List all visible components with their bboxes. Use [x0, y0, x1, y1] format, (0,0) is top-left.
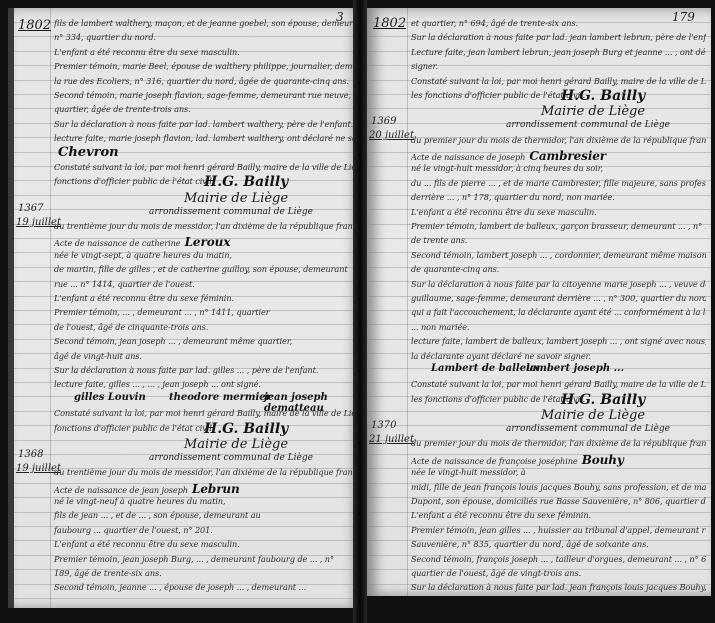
register-line: signer.	[411, 61, 706, 71]
arrondissement-heading: arrondissement communal de Liège	[149, 207, 313, 217]
register-line: Second témoin, jean joseph ... , demeura…	[54, 336, 354, 346]
register-line: lecture faite, lambert de balleux, lambe…	[411, 336, 706, 346]
register-line: Premier témoin, jean joseph Burg, ... , …	[54, 554, 354, 564]
arrondissement-heading: arrondissement communal de Liège	[506, 120, 670, 130]
register-line: la déclarante ayant déclaré ne savoir si…	[411, 351, 706, 361]
register-line: née le vingt-huit messidor, à	[411, 467, 706, 477]
child-surname: Leroux	[181, 235, 231, 249]
register-line: Second témoin, françois joseph ... , tai…	[411, 554, 706, 564]
register-line: quartier, âgée de trente-trois ans.	[54, 104, 354, 114]
mairie-heading: Mairie de Liège	[541, 104, 645, 119]
entry-number: 1370	[371, 420, 396, 431]
register-line: ... non mariée.	[411, 322, 706, 332]
register-line: Acte de naissance de joseph Cambresier	[411, 149, 706, 163]
register-line: rue ... n° 1414, quartier de l'ouest.	[54, 279, 354, 289]
mayor-signature: H.G. Bailly	[204, 421, 288, 437]
register-line: Premier témoin, marie Beel, épouse de wa…	[54, 61, 354, 71]
register-line: qui a fait l'accouchement, la déclarante…	[411, 307, 706, 317]
register-line: n° 334, quartier du nord.	[54, 32, 354, 42]
witness-signature: theodore mermier	[169, 392, 271, 403]
child-surname: Cambresier	[525, 149, 606, 163]
mairie-heading: Mairie de Liège	[184, 191, 288, 206]
mayor-signature: H.G. Bailly	[204, 174, 288, 190]
book-gutter	[353, 0, 367, 623]
register-line: de l'ouest, âgé de cinquante-trois ans.	[54, 322, 354, 332]
right-page: 1802 179 et quartier, n° 694, âgé de tre…	[367, 8, 711, 596]
register-line: Acte de naissance de jean joseph Lebrun	[54, 482, 354, 496]
mayor-signature: H.G. Bailly	[561, 392, 645, 408]
mayor-signature: H.G. Bailly	[561, 88, 645, 104]
register-line: midi, fille de jean françois louis jacqu…	[411, 482, 706, 492]
register-line: faubourg ... quartier de l'ouest, n° 201…	[54, 525, 354, 535]
register-line: les fonctions d'officier public de l'éta…	[411, 90, 706, 100]
arrondissement-heading: arrondissement communal de Liège	[149, 453, 313, 463]
margin-line	[407, 8, 408, 596]
register-line: Constaté suivant la loi, par moi henri g…	[411, 379, 706, 389]
entry-number: 1369	[371, 116, 396, 127]
register-line: Dupont, son épouse, domiciliés rue Basse…	[411, 496, 706, 506]
register-spread: 1802 3 fils de lambert walthery, maçon, …	[0, 0, 715, 623]
register-line: du premier jour du mois de thermidor, l'…	[411, 438, 706, 448]
register-line: L'enfant a été reconnu être du sexe masc…	[411, 207, 706, 217]
register-line: âgé de vingt-huit ans.	[54, 351, 354, 361]
register-line: et quartier, n° 694, âgé de trente-six a…	[411, 18, 706, 28]
register-line: Lecture faite, jean lambert lebrun, jean…	[411, 47, 706, 57]
register-line: L'enfant a été reconnu être du sexe masc…	[54, 47, 354, 57]
mairie-heading: Mairie de Liège	[541, 408, 645, 423]
register-line: fils de lambert walthery, maçon, et de j…	[54, 18, 354, 28]
witness-signature: Chevron	[58, 145, 119, 160]
page-year: 1802	[373, 16, 406, 31]
ruled-line	[367, 108, 711, 109]
register-line: Premier témoin, jean gilles ... , huissi…	[411, 525, 706, 535]
register-line: quartier de l'ouest, âgé de vingt-trois …	[411, 568, 706, 578]
entry-date: 21 juillet	[369, 434, 414, 445]
register-line: Premier témoin, lambert de balleux, garç…	[411, 221, 706, 231]
register-line: Second témoin, jeanne ... , épouse de jo…	[54, 582, 354, 592]
entry-date: 20 juillet	[369, 130, 414, 141]
ruled-line	[367, 411, 711, 412]
register-line: Constaté suivant la loi, par moi henri g…	[54, 162, 354, 172]
register-line: Acte de naissance de françoise joséphine…	[411, 453, 706, 467]
register-line: Constaté suivant la loi, par moi henri g…	[411, 76, 706, 86]
page-year: 1802	[18, 18, 51, 33]
register-line: lecture faite, gilles ... , ... , jean j…	[54, 379, 354, 389]
child-surname: Bouhy	[578, 453, 624, 467]
witness-signature: lambert joseph ...	[526, 363, 624, 374]
register-line: L'enfant a été reconnu être du sexe fémi…	[411, 510, 706, 520]
register-line: du ... fils de pierre ... , et de marie …	[411, 178, 706, 188]
register-line: Acte de naissance de catherine Leroux	[54, 235, 354, 249]
register-line: fils de jean ... , et de ... , son épous…	[54, 510, 354, 520]
witness-signature: Lambert de balleux	[431, 363, 539, 374]
register-line: Sauvenière, n° 835, quartier du nord, âg…	[411, 539, 706, 549]
register-line: la rue des Ecoliers, n° 316, quartier du…	[54, 76, 354, 86]
register-line: Sur la déclaration à nous faite par lad.…	[411, 582, 706, 592]
register-line: du trentième jour du mois de messidor, l…	[54, 467, 354, 477]
child-surname: Lebrun	[188, 482, 240, 496]
register-line: Sur la déclaration à nous faite par la c…	[411, 279, 706, 289]
register-line: né le vingt-neuf à quatre heures du mati…	[54, 496, 354, 506]
register-line: L'enfant a été reconnu être du sexe masc…	[54, 539, 354, 549]
register-line: de quarante-cinq ans.	[411, 264, 706, 274]
register-line: Second témoin, lambert joseph ... , cord…	[411, 250, 706, 260]
margin-line	[50, 8, 51, 608]
register-line: Sur la déclaration à nous faite par lad.…	[54, 365, 354, 375]
register-line: née le vingt-sept, à quatre heures du ma…	[54, 250, 354, 260]
register-line: Premier témoin, ... , demeurant ... , n°…	[54, 307, 354, 317]
register-line: de martin, fille de gilles , et de cathe…	[54, 264, 354, 274]
mairie-heading: Mairie de Liège	[184, 437, 288, 452]
ruled-line	[14, 598, 359, 599]
register-line: Sur la déclaration à nous faite par lad.…	[411, 32, 706, 42]
left-page: 1802 3 fils de lambert walthery, maçon, …	[8, 8, 359, 608]
register-line: L'enfant a été reconnu être du sexe fémi…	[54, 293, 354, 303]
register-line: lecture faite, marie joseph flavion, lad…	[54, 133, 354, 143]
register-line: du trentième jour du mois de messidor, l…	[54, 221, 354, 231]
entry-number: 1367	[18, 203, 43, 214]
register-line: guillaume, sage-femme, demeurant derrièr…	[411, 293, 706, 303]
register-line: Constaté suivant la loi, par moi henri g…	[54, 408, 354, 418]
register-line: 189, âgé de trente-six ans.	[54, 568, 354, 578]
arrondissement-heading: arrondissement communal de Liège	[506, 424, 670, 434]
register-line: Second témoin, marie joseph flavion, sag…	[54, 90, 354, 100]
entry-number: 1368	[18, 449, 43, 460]
register-line: né le vingt-huit messidor, à cinq heures…	[411, 163, 706, 173]
register-line: de trente ans.	[411, 235, 706, 245]
register-line: du premier jour du mois de thermidor, l'…	[411, 135, 706, 145]
register-line: derrière ... , n° 178, quartier du nord,…	[411, 192, 706, 202]
register-line: les fonctions d'officier public de l'éta…	[411, 394, 706, 404]
register-line: Sur la déclaration à nous faite par lad.…	[54, 119, 354, 129]
witness-signature: gilles Louvin	[74, 392, 146, 403]
